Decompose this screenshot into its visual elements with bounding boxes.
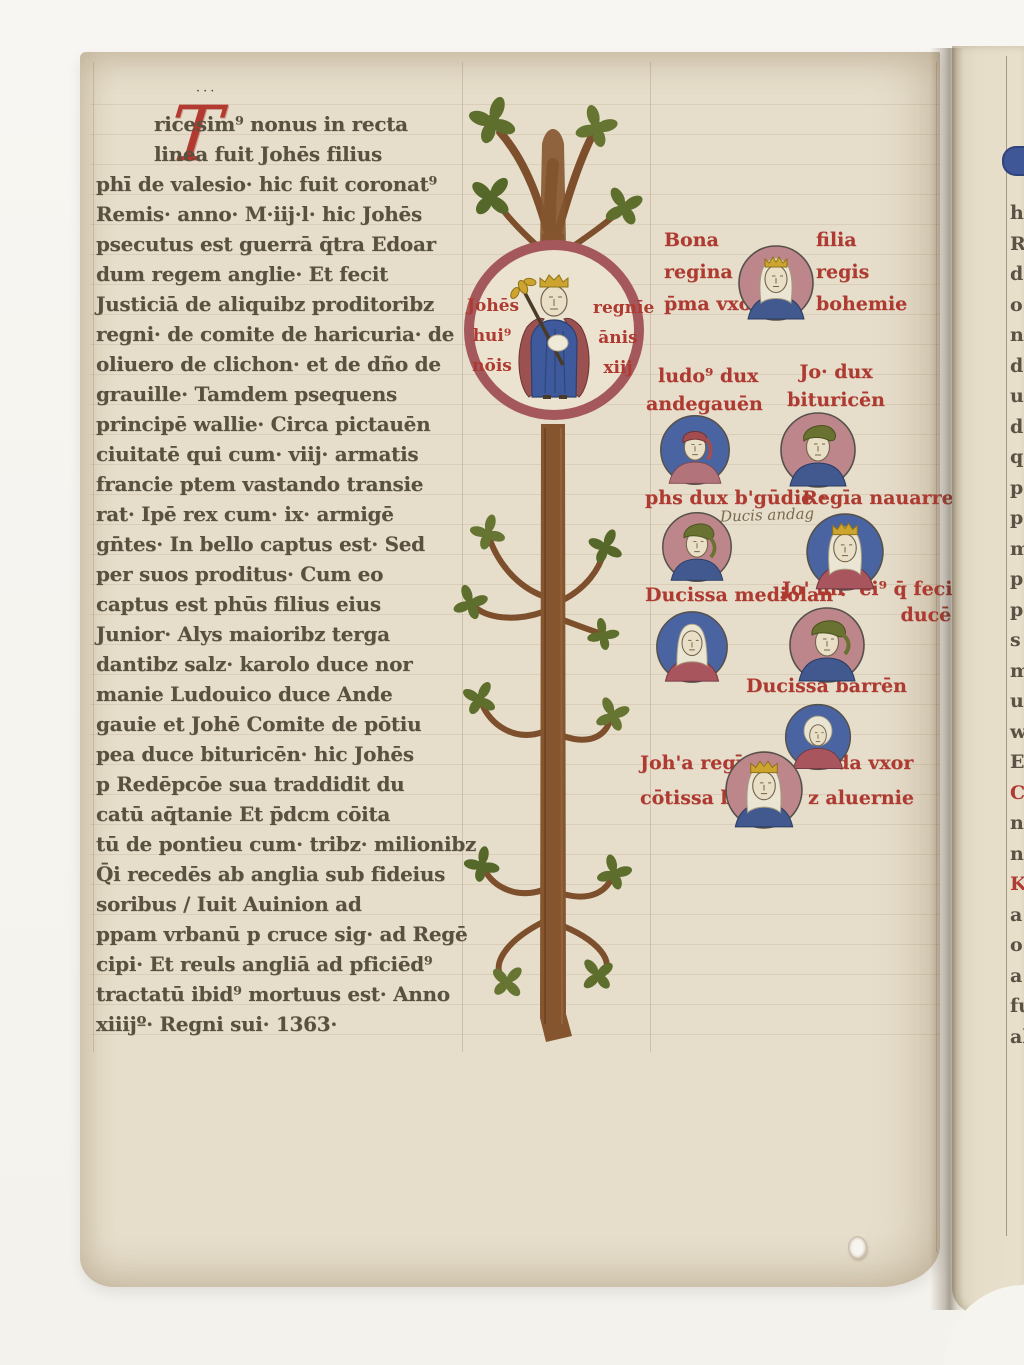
- roundel-louis-of-anjou: [658, 413, 732, 487]
- text-line: ricesim⁹ nonus in recta: [96, 109, 468, 139]
- text-line: catū aq̄tanie Et p̄dcm cōita: [96, 799, 468, 829]
- text-line: xiiijº· Regni sui· 1363·: [96, 1009, 468, 1039]
- text-fragment: p: [1010, 473, 1024, 504]
- king-label-left: Johēs hui⁹ nōis: [467, 291, 517, 381]
- roundel-king-john: Johēs hui⁹ nōis regnīe ānis xiij: [459, 235, 649, 425]
- text-fragment: p: [1010, 503, 1024, 534]
- roundel-john-son-who-became-duke: [787, 605, 867, 685]
- text-fragment: d: [1010, 259, 1024, 290]
- text-fragment: o: [1010, 930, 1024, 961]
- text-line: per suos proditus· Cum eo: [96, 559, 468, 589]
- text-fragment: K: [1010, 869, 1024, 900]
- duke-portrait-illustration: [787, 605, 867, 685]
- text-fragment: n: [1010, 839, 1024, 870]
- text-fragment: m: [1010, 656, 1024, 687]
- text-line: regni· de comite de haricuria· de: [96, 319, 468, 349]
- text-fragment: w: [1010, 717, 1024, 748]
- vertical-ruling-line: [93, 62, 94, 1052]
- roundel-queen-johanna: [723, 749, 805, 831]
- text-fragment: q: [1010, 442, 1024, 473]
- text-fragment: Es: [1010, 747, 1024, 778]
- duke-portrait-illustration: [660, 510, 734, 584]
- text-line: francie ptem vastando transie: [96, 469, 468, 499]
- text-fragment: d: [1010, 351, 1024, 382]
- manuscript-photograph: ··· T ricesim⁹ nonus in rectalinea fuit …: [0, 0, 1024, 1365]
- adjacent-folio-text-fragments: hRdondudqppmppsmuwEsCnnKaoafual: [1010, 198, 1024, 1052]
- text-line: Q̄i recedēs ab anglia sub fideius: [96, 859, 468, 889]
- roundel-philip-of-burgundy: [660, 510, 734, 584]
- text-fragment: al: [1010, 1022, 1024, 1053]
- duchess-portrait-illustration: [654, 609, 730, 685]
- text-line: oliuero de clichon· et de dño de: [96, 349, 468, 379]
- text-fragment: a: [1010, 900, 1024, 931]
- text-line: Justiciā de aliquibz proditoribz: [96, 289, 468, 319]
- queen-portrait-illustration: [804, 511, 886, 593]
- text-line: phī de valesio· hic fuit coronat⁹: [96, 169, 468, 199]
- queen-portrait-illustration: [723, 749, 805, 831]
- binding-gutter-shadow: [930, 48, 964, 1310]
- parchment-hole: [848, 1236, 867, 1259]
- main-text-column: ricesim⁹ nonus in rectalinea fuit Johēs …: [96, 109, 468, 1039]
- text-line: cipi· Et reuls angliā ad pficiēd⁹: [96, 949, 468, 979]
- text-fragment: fu: [1010, 991, 1024, 1022]
- manuscript-page: ··· T ricesim⁹ nonus in rectalinea fuit …: [80, 52, 940, 1287]
- text-line: dantibz salz· karolo duce nor: [96, 649, 468, 679]
- text-line: Junior· Alys maioribz terga: [96, 619, 468, 649]
- text-line: p Redēpcōe sua traddidit du: [96, 769, 468, 799]
- text-fragment: C: [1010, 778, 1024, 809]
- text-fragment: a: [1010, 961, 1024, 992]
- text-line: dum regem anglie· Et fecit: [96, 259, 468, 289]
- roundel-duchess-of-milan: [654, 609, 730, 685]
- roundel-john-of-berry: [778, 410, 858, 490]
- text-line: Remis· anno· M·iij·l· hic Johēs: [96, 199, 468, 229]
- adjacent-folio-ruling: [1006, 56, 1007, 1236]
- label-louis-duke-of-anjou: ludo⁹ duxandegauēn: [646, 362, 763, 418]
- text-line: grauille· Tamdem psequens: [96, 379, 468, 409]
- text-line: soribus / Iuit Auinion ad: [96, 889, 468, 919]
- text-line: tractatū ibid⁹ mortuus est· Anno: [96, 979, 468, 1009]
- queen-portrait-illustration: [736, 243, 816, 323]
- roundel-queen-bona: [736, 243, 816, 323]
- text-fragment: o: [1010, 290, 1024, 321]
- adjacent-folio-blue-initial: [1002, 146, 1024, 176]
- text-line: captus est phūs filius eius: [96, 589, 468, 619]
- text-fragment: u: [1010, 381, 1024, 412]
- text-line: linea fuit Johēs filius: [96, 139, 468, 169]
- text-fragment: p: [1010, 564, 1024, 595]
- text-fragment: h: [1010, 198, 1024, 229]
- family-tree-illustration: [420, 84, 680, 1074]
- label-daughter-of-king-of-bohemia: filiaregisbohemie: [816, 224, 907, 320]
- text-line: ppam vrbanū p cruce sig· ad Regē: [96, 919, 468, 949]
- text-fragment: n: [1010, 808, 1024, 839]
- text-fragment: p: [1010, 595, 1024, 626]
- duke-portrait-illustration: [658, 413, 732, 487]
- text-fragment: s: [1010, 625, 1024, 656]
- roundel-queen-of-navarre: [804, 511, 886, 593]
- text-line: tū de pontieu cum· tribz· milionibz: [96, 829, 468, 859]
- label-john-duke-of-berry: Jo· duxbituricēn: [786, 358, 886, 414]
- text-line: manie Ludouico duce Ande: [96, 679, 468, 709]
- king-label-right: regnīe ānis xiij: [593, 293, 643, 383]
- text-line: principē wallie· Circa pictauēn: [96, 409, 468, 439]
- text-line: ciuitatē qui cum· viij· armatis: [96, 439, 468, 469]
- text-fragment: m: [1010, 534, 1024, 565]
- text-line: rat· Ipē rex cum· ix· armigē: [96, 499, 468, 529]
- text-fragment: d: [1010, 412, 1024, 443]
- text-line: gauie et Johē Comite de pōtiu: [96, 709, 468, 739]
- text-line: pea duce bituricēn· hic Johēs: [96, 739, 468, 769]
- text-fragment: n: [1010, 320, 1024, 351]
- text-fragment: u: [1010, 686, 1024, 717]
- text-line: psecutus est guerrā q̄tra Edoar: [96, 229, 468, 259]
- duke-portrait-illustration: [778, 410, 858, 490]
- text-line: gn̄tes· In bello captus est· Sed: [96, 529, 468, 559]
- text-fragment: R: [1010, 229, 1024, 260]
